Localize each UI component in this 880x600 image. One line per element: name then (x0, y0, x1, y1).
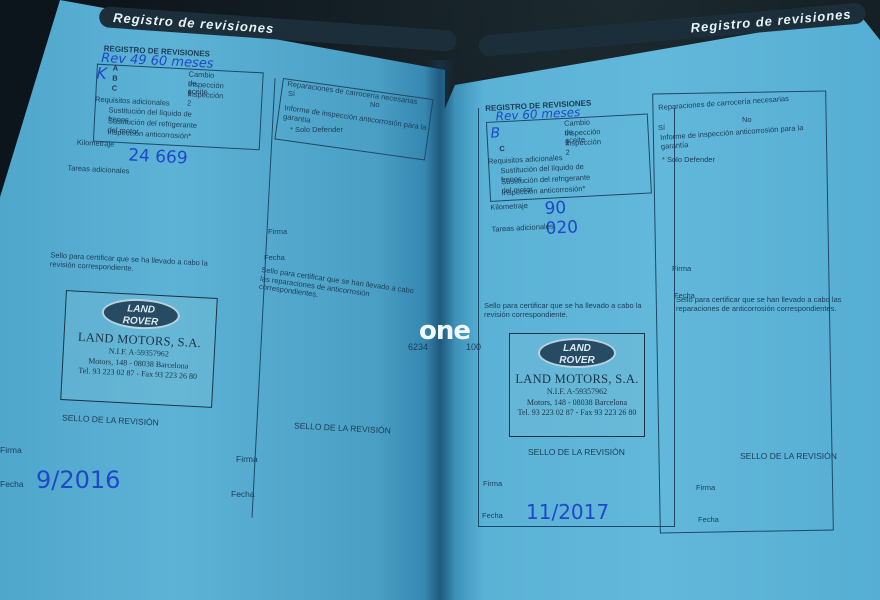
photo-scene: Registro de revisiones Registro de revis… (0, 0, 880, 600)
left-mileage-value: 24 669 (128, 145, 188, 168)
service-letter-b: B (112, 74, 118, 83)
right-bodywork-seal-text: Sello para certificar que se han llevado… (676, 296, 858, 313)
right-bodywork-bottom-signature: Firma (696, 484, 715, 493)
left-footnote: * Solo Defender (290, 126, 343, 135)
left-service-mark: K (96, 64, 107, 84)
right-bodywork-no: No (742, 116, 752, 125)
right-form-frame (478, 108, 675, 527)
left-date-label: Fecha (0, 480, 24, 490)
watermark: one 6234 100 (408, 316, 481, 352)
logo-line-2: ROVER (103, 314, 178, 330)
left-bodywork-yes: Sí (288, 90, 295, 99)
watermark-right-number: 100 (466, 342, 481, 352)
left-date-value: 9/2016 (36, 466, 120, 494)
service-letter-c: C (111, 84, 117, 93)
left-bodywork-bottom-date: Fecha (231, 490, 255, 500)
service-type-inspection-2: Inspección 2 (187, 90, 224, 109)
right-bodywork-yes: Sí (658, 124, 665, 133)
left-bodywork-signature-label: Firma (268, 228, 287, 237)
service-letter-a: A (112, 64, 118, 73)
right-bodywork-seal-label: SELLO DE LA REVISIÓN (740, 452, 837, 462)
left-bodywork-date-label: Fecha (264, 254, 285, 263)
watermark-left-number: 6234 (408, 342, 428, 352)
land-rover-logo: LAND ROVER (101, 297, 180, 331)
right-bodywork-signature-label: Firma (672, 265, 691, 274)
right-bodywork-bottom-date: Fecha (698, 516, 719, 525)
right-footnote: * Solo Defender (662, 156, 715, 165)
left-signature-label: Firma (0, 446, 22, 456)
left-bodywork-no: No (370, 101, 380, 110)
left-dealer-stamp: LAND ROVER LAND MOTORS, S.A. N.I.F. A-59… (60, 290, 218, 408)
